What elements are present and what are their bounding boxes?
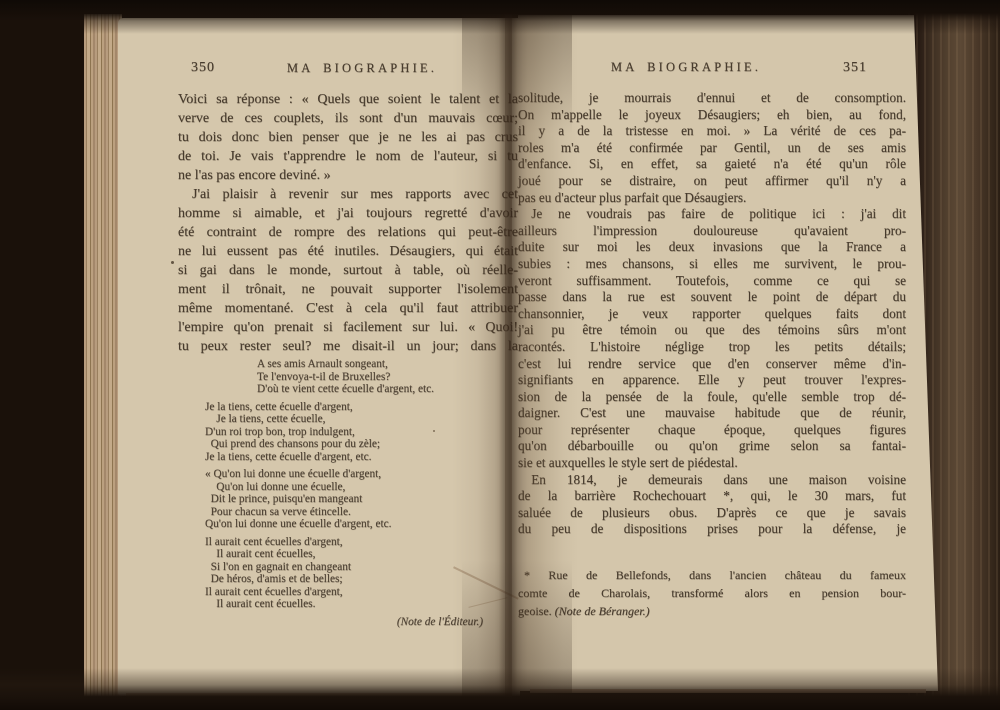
- footnote-author-note: (Note de Béranger.): [555, 604, 650, 618]
- text-line: ment il trônait, ne pouvait supporter l'…: [178, 280, 518, 299]
- paper-speck: [433, 430, 435, 432]
- text-line: chansonnier, je veux rapporter quelques …: [518, 306, 906, 323]
- text-line: pour représenter chaque époque, quelques…: [518, 422, 906, 439]
- text-line: l'empire qu'on prenait si facilement sur…: [178, 318, 518, 337]
- text-line: Qu'on lui donne une écuelle,: [205, 481, 491, 494]
- text-line: ne l'as pas encore deviné. »: [178, 166, 518, 185]
- text-line: Il aurait cent écuelles.: [205, 598, 491, 611]
- text-line: racontés. L'histoire néglige trop les pe…: [518, 339, 906, 356]
- text-line: Je la tiens, cette écuelle,: [205, 413, 491, 426]
- text-line: Je ne voudrais pas faire de politique ic…: [518, 206, 906, 223]
- text-line: j'ai pu être témoin ou que des témoins s…: [518, 322, 906, 339]
- verse-stanza: « Qu'on lui donne une écuelle d'argent, …: [205, 468, 491, 531]
- text-line: veront suffisamment. Toutefois, comme ce…: [518, 273, 906, 290]
- editor-note: (Note de l'Éditeur.): [205, 616, 491, 629]
- left-paragraph-1: Voici sa réponse : « Quels que soient le…: [178, 90, 518, 185]
- text-line: De héros, d'amis et de belles;: [205, 573, 491, 586]
- text-line: homme si aimable, et j'ai toujours regre…: [178, 204, 518, 223]
- verse-stanza: Je la tiens, cette écuelle d'argent, Je …: [205, 401, 491, 464]
- text-line: tu peux rester seul? me disait-il un jou…: [178, 337, 518, 356]
- verse-stanza: A ses amis Arnault songeant,Te l'envoya-…: [257, 358, 491, 396]
- text-line: Pour chacun sa verve étincelle.: [205, 506, 491, 519]
- left-page-number: 350: [191, 60, 215, 76]
- text-line: même momentané. C'est à cela qu'il faut …: [178, 299, 518, 318]
- text-line: sion de la pensée de la foule, qu'elle s…: [518, 389, 906, 406]
- footnote-lines: * Rue de Bellefonds, dans l'ancien châte…: [518, 566, 906, 602]
- text-line: Il aurait cent écuelles d'argent,: [205, 586, 491, 599]
- footnote-last-plain: geoise.: [518, 604, 555, 618]
- text-line: Dit le prince, puisqu'en mangeant: [205, 493, 491, 506]
- left-paragraph-2: J'ai plaisir à revenir sur mes rapports …: [178, 185, 518, 356]
- text-line: tu dois donc bien penser que je ne les a…: [178, 128, 518, 147]
- text-line: de toi. Je vais t'apprendre le nom de l'…: [178, 147, 518, 166]
- text-line: Il aurait cent écuelles d'argent,: [205, 536, 491, 549]
- left-page-under-edge: [126, 693, 512, 697]
- text-line: verve de ces couplets, ils sont d'un mau…: [178, 109, 518, 128]
- left-running-title: MA BIOGRAPHIE.: [278, 61, 446, 76]
- text-line: Je la tiens, cette écuelle d'argent,: [205, 401, 491, 414]
- verse-block: A ses amis Arnault songeant,Te l'envoya-…: [205, 358, 491, 628]
- text-line: duite sur moi les deux invasions que la …: [518, 239, 906, 256]
- text-line: Je la tiens, cette écuelle d'argent, etc…: [205, 451, 491, 464]
- right-page-number: 351: [843, 60, 867, 76]
- text-line: subies : mes chansons, si elles me survi…: [518, 256, 906, 273]
- text-line: Te l'envoya-t-il de Bruxelles?: [257, 371, 491, 384]
- text-line: ailleurs l'impression douloureuse qu'ava…: [518, 223, 906, 240]
- text-line: ne lui eussent pas été inutiles. Désaugi…: [178, 242, 518, 261]
- text-line: saluée de plusieurs obus. D'après ce que…: [518, 505, 906, 522]
- text-line: sie et auxquelles le style sert de piéde…: [518, 455, 906, 472]
- text-line: * Rue de Bellefonds, dans l'ancien châte…: [518, 566, 906, 584]
- text-line: pas eu d'acteur plus parfait que Désaugi…: [518, 190, 906, 207]
- text-line: comte de Charolais, transformé alors en …: [518, 584, 906, 602]
- text-line: D'un roi trop bon, trop indulgent,: [205, 426, 491, 439]
- text-line: On m'appelle le joyeux Désaugiers; eh bi…: [518, 107, 906, 124]
- text-line: daigner. C'est une mauvaise habitude que…: [518, 405, 906, 422]
- text-line: solitude, je mourrais d'ennui et de cons…: [518, 90, 906, 107]
- text-line: Il aurait cent écuelles,: [205, 548, 491, 561]
- text-line: qu'on débarbouille ou qu'on grime selon …: [518, 438, 906, 455]
- text-line: d'enfance. Si, en effet, sa gaieté n'a é…: [518, 156, 906, 173]
- text-line: passe dans la rue est souvent le point d…: [518, 289, 906, 306]
- text-line: signifiants en apparence. Elle y peut tr…: [518, 372, 906, 389]
- text-line: été contraint de rompre des relations qu…: [178, 223, 518, 242]
- text-line: c'est lui rendre service que d'en conser…: [518, 356, 906, 373]
- right-paragraph-2: Je ne voudrais pas faire de politique ic…: [518, 206, 906, 472]
- verse-stanza: Il aurait cent écuelles d'argent, Il aur…: [205, 536, 491, 611]
- text-line: joué pour se distraire, on peut affirmer…: [518, 173, 906, 190]
- text-line: du peu de dispositions prises pour la dé…: [518, 521, 906, 538]
- right-paragraph-3: En 1814, je demeurais dans une maison vo…: [518, 472, 906, 538]
- text-line: de la barrière Rochechouart *, qui, le 3…: [518, 488, 906, 505]
- left-page-stack-blur: [0, 0, 95, 710]
- right-page-under-edge: [530, 689, 926, 693]
- text-line: roles m'a été confirmée par Gentil, un d…: [518, 140, 906, 157]
- right-running-title: MA BIOGRAPHIE.: [602, 60, 770, 75]
- text-line: il y a de la tristesse en moi. » La véri…: [518, 123, 906, 140]
- footnote-last-line: geoise. (Note de Béranger.): [518, 602, 906, 620]
- book-photo: 350 MA BIOGRAPHIE. Voici sa réponse : « …: [0, 0, 1000, 710]
- text-line: « Qu'on lui donne une écuelle d'argent,: [205, 468, 491, 481]
- right-page-body: solitude, je mourrais d'ennui et de cons…: [518, 90, 906, 538]
- footnote: * Rue de Bellefonds, dans l'ancien châte…: [518, 566, 906, 620]
- text-line: Si l'on en gagnait en changeant: [205, 561, 491, 574]
- text-line: J'ai plaisir à revenir sur mes rapports …: [178, 185, 518, 204]
- text-line: D'où te vient cette écuelle d'argent, et…: [257, 383, 491, 396]
- text-line: Voici sa réponse : « Quels que soient le…: [178, 90, 518, 109]
- right-paragraph-1: solitude, je mourrais d'ennui et de cons…: [518, 90, 906, 206]
- text-line: si gai dans le monde, surtout à table, o…: [178, 261, 518, 280]
- text-line: Qu'on lui donne une écuelle d'argent, et…: [205, 518, 491, 531]
- left-page-body: Voici sa réponse : « Quels que soient le…: [178, 90, 518, 356]
- paper-speck: [171, 261, 174, 264]
- left-page-edges: [84, 14, 122, 700]
- text-line: A ses amis Arnault songeant,: [257, 358, 491, 371]
- text-line: Qui prend des chansons pour du zèle;: [205, 438, 491, 451]
- text-line: En 1814, je demeurais dans une maison vo…: [518, 472, 906, 489]
